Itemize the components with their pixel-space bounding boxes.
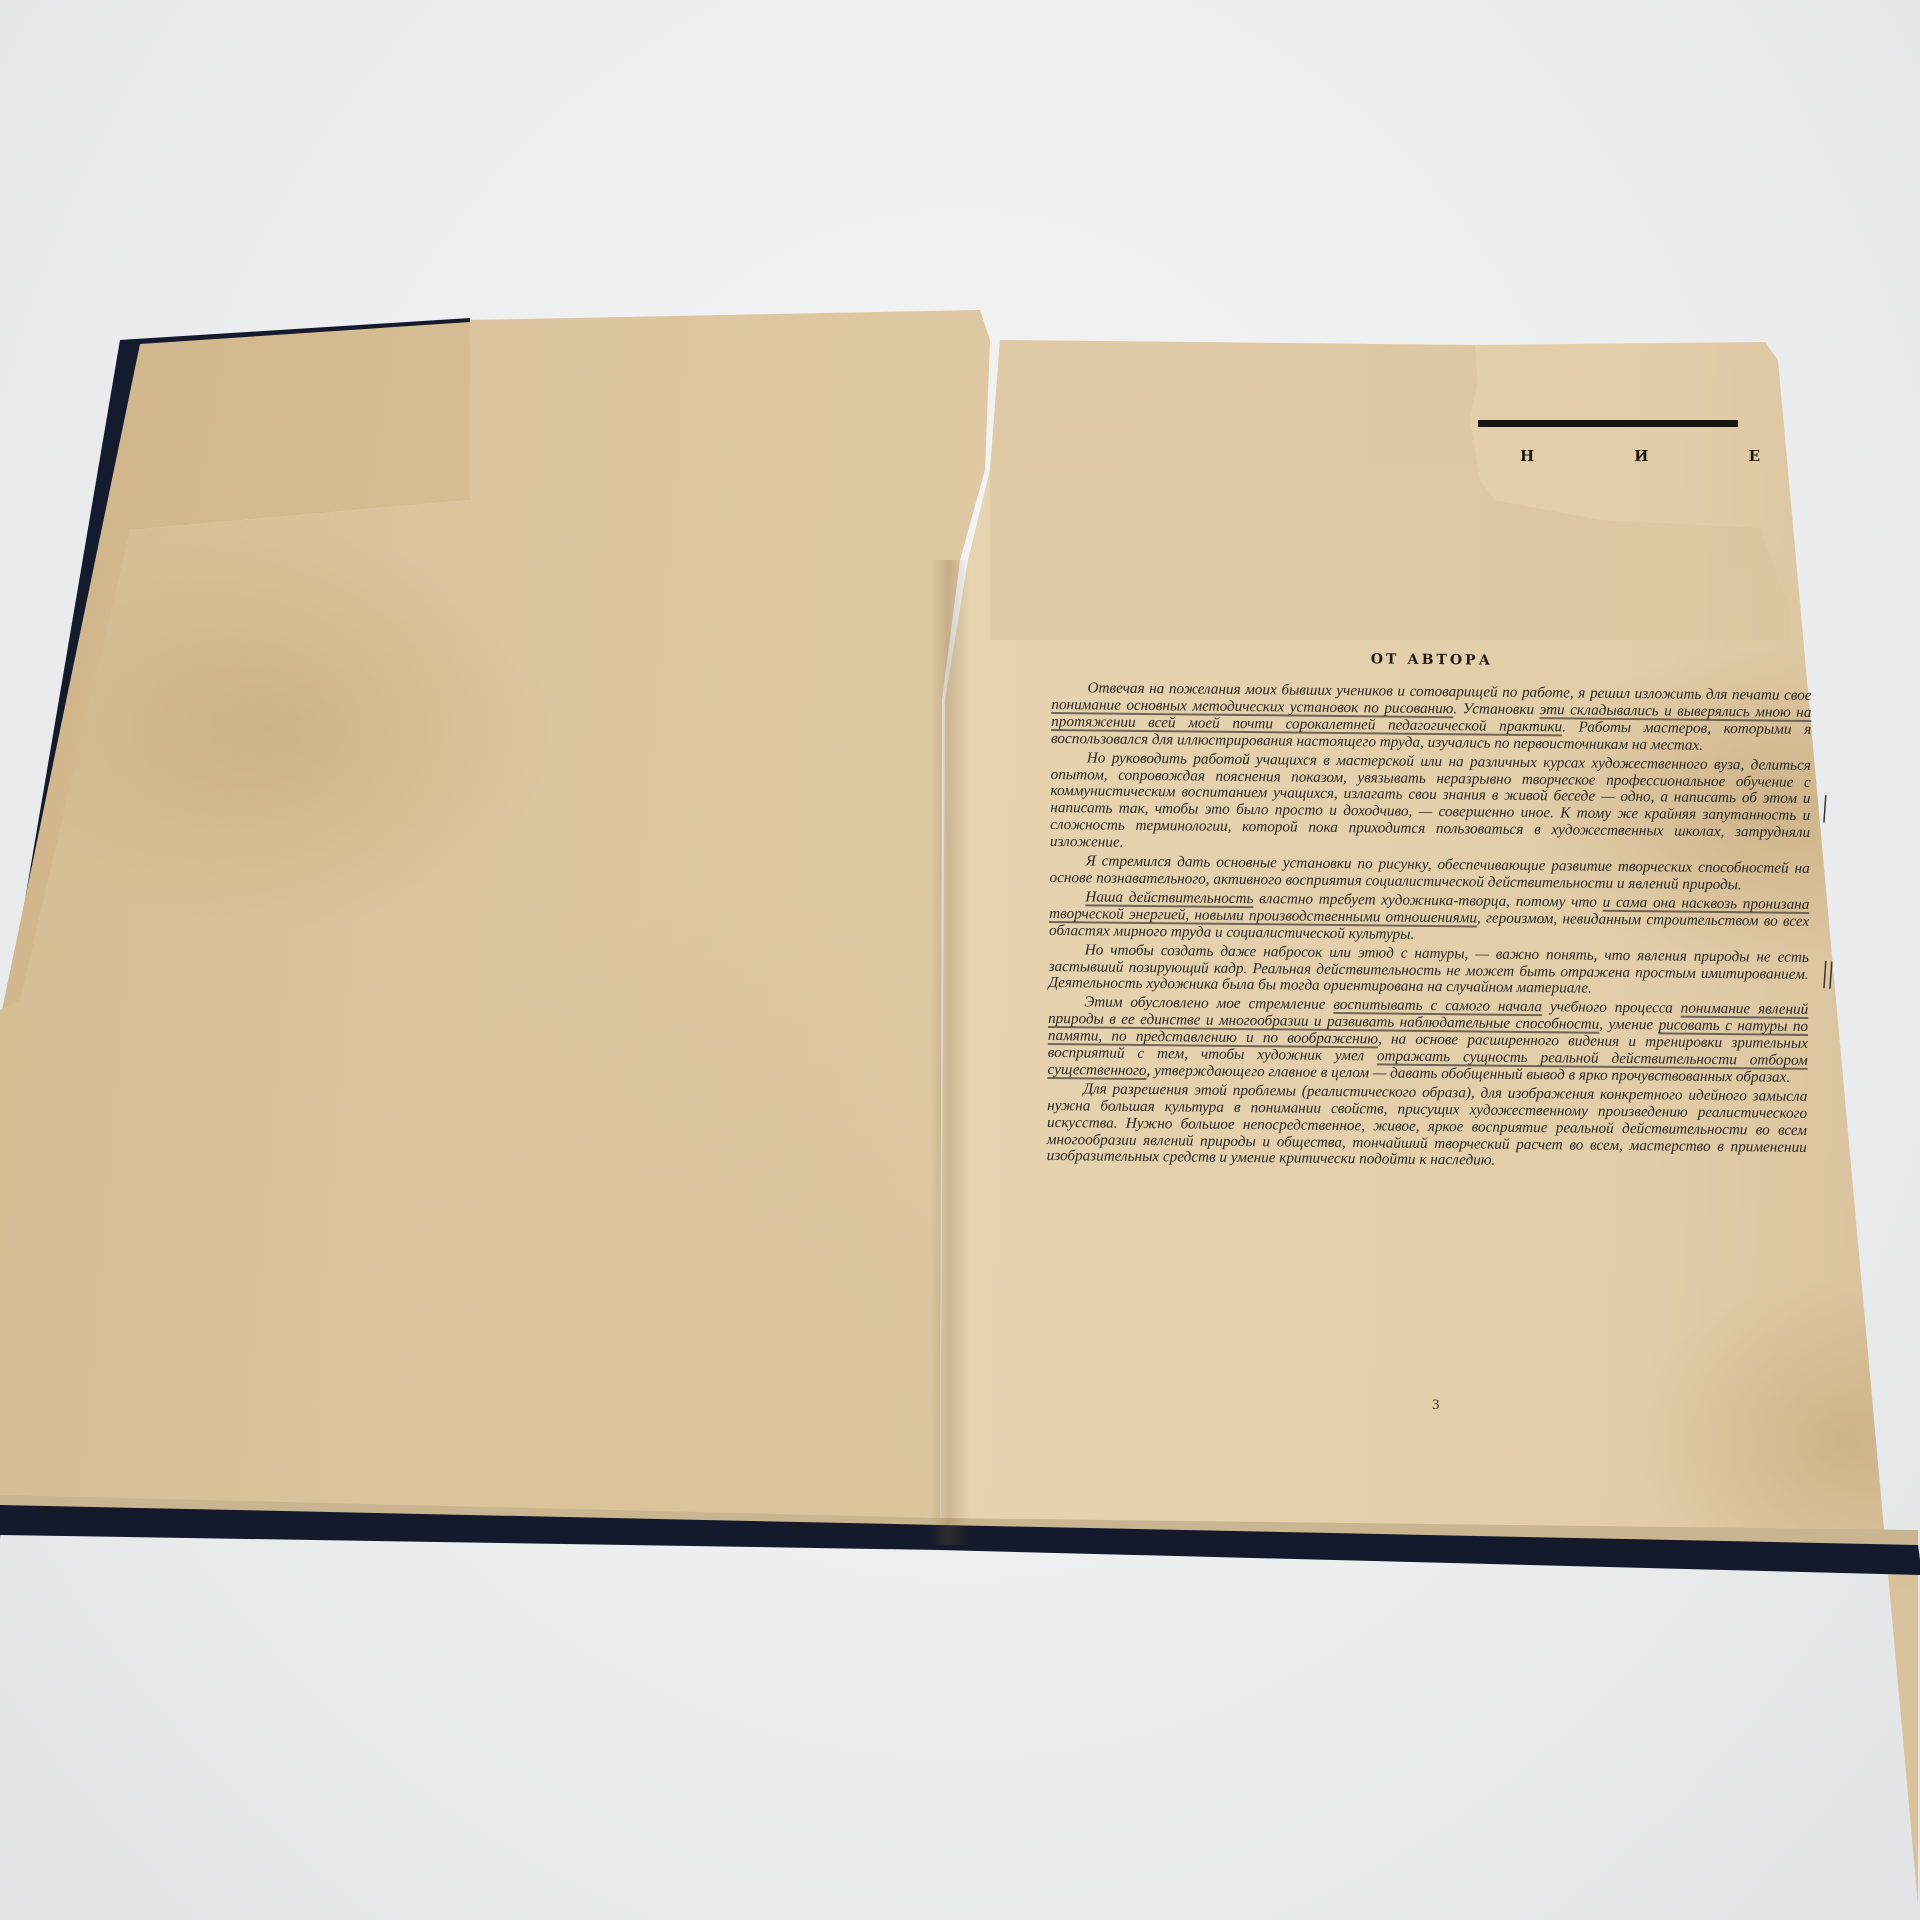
text-run: Я стремился дать основные установки по р… xyxy=(1050,852,1810,893)
header-letter: Е xyxy=(1749,447,1760,465)
gutter xyxy=(930,560,970,1545)
text-run: учебного процесса xyxy=(1542,998,1681,1016)
paragraph: Но чтобы создать даже набросок или этюд … xyxy=(1048,942,1808,1001)
paragraph: Наша действительность властно требует ху… xyxy=(1049,889,1809,948)
underlined-passage: Наша действительность xyxy=(1085,888,1253,907)
paragraph: Но руководить работой учащихся в мастерс… xyxy=(1050,750,1811,859)
paragraph: Отвечая на пожелания моих бывших ученико… xyxy=(1051,680,1812,756)
text-run: , умение xyxy=(1599,1016,1659,1034)
running-header: Н И Е xyxy=(1520,447,1760,465)
text-run: Но чтобы создать даже набросок или этюд … xyxy=(1048,941,1808,997)
header-letter: Н xyxy=(1520,447,1534,465)
paragraph: Для разрешения этой проблемы (реалистиче… xyxy=(1047,1081,1808,1173)
paragraphs: Отвечая на пожелания моих бывших ученико… xyxy=(1047,680,1812,1173)
text-run: Для разрешения этой проблемы (реалистиче… xyxy=(1047,1080,1808,1169)
text-run: . Установки xyxy=(1453,700,1539,718)
margin-mark-double: || xyxy=(1821,956,1835,991)
text-run: Но руководить работой учащихся в мастерс… xyxy=(1050,749,1811,851)
photo-scene: Н И Е ОТ АВТОРА Отвечая на пожелания мои… xyxy=(0,0,1920,1920)
page-text-block: ОТ АВТОРА Отвечая на пожелания моих бывш… xyxy=(1047,648,1812,1175)
header-letter: И xyxy=(1634,447,1648,465)
paragraph: Этим обусловлено мое стремление воспитыв… xyxy=(1047,994,1808,1086)
page-number: 3 xyxy=(1432,1397,1440,1414)
running-header-rule xyxy=(1478,420,1738,427)
margin-mark-single: | xyxy=(1821,790,1829,824)
